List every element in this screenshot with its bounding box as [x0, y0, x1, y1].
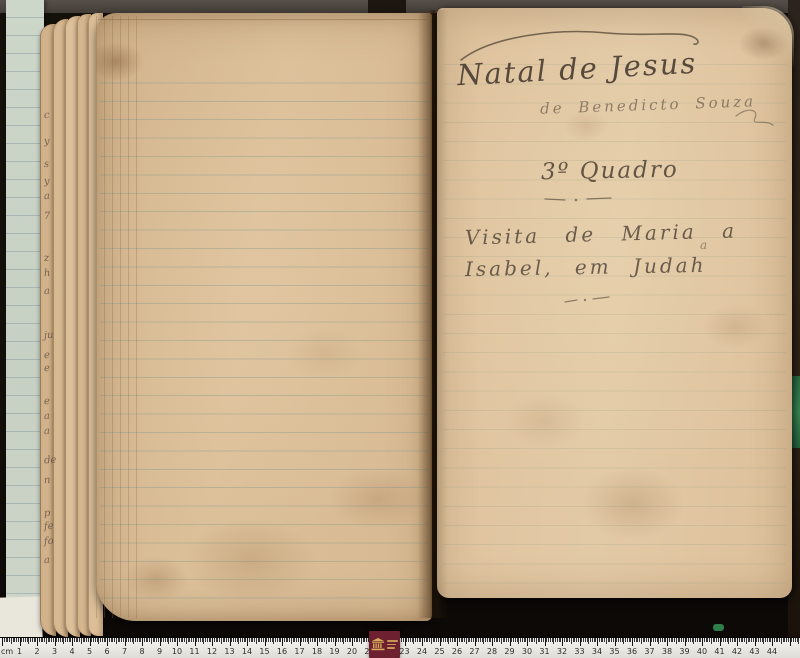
edge-writing-fragment: ju [44, 330, 54, 342]
logo-text-lines [387, 640, 398, 649]
edge-writing-fragment: a [44, 191, 51, 202]
edge-writing-fragment: s [44, 159, 50, 170]
book-gutter-shadow [418, 10, 448, 618]
ruler-number: 23 [399, 647, 409, 656]
ruler-number: 12 [207, 647, 217, 656]
ruler-number: 18 [312, 647, 322, 656]
ruler-number: 9 [157, 647, 162, 656]
ruler-number: 24 [417, 647, 427, 656]
edge-writing-fragment: p [44, 508, 51, 519]
ruler-number: 10 [172, 647, 182, 656]
edge-writing-fragment: a [44, 426, 51, 437]
ruler-number: 27 [469, 647, 479, 656]
edge-writing-fragment: y [44, 136, 50, 147]
ruler-number: 14 [242, 647, 252, 656]
left-page [96, 13, 432, 621]
ruler-number: 35 [609, 647, 619, 656]
green-backing-dot [713, 624, 724, 631]
edge-writing-fragment: a [44, 286, 51, 297]
ruler-unit-label: cm [1, 647, 13, 656]
edge-writing-fragment: fo [44, 536, 54, 548]
archive-logo [369, 631, 400, 658]
ruler-number: 16 [277, 647, 287, 656]
ruler-number: 3 [52, 647, 57, 656]
edge-writing-fragment: de [44, 455, 57, 467]
ruler-number: 36 [627, 647, 637, 656]
edge-writing-fragment: a [44, 411, 51, 422]
manuscript-scan: cysya7zhajueeeaadenpfefoa Natal de Jesus… [0, 0, 800, 658]
ruler-number: 17 [294, 647, 304, 656]
ruler-number: 32 [557, 647, 567, 656]
ruler-number: 11 [189, 647, 199, 656]
institution-building-icon [371, 638, 385, 651]
edge-writing-fragment: y [44, 176, 50, 187]
ruler-number: 13 [224, 647, 234, 656]
ruler-number: 28 [487, 647, 497, 656]
ruler-number: 31 [539, 647, 549, 656]
ruler-number: 37 [644, 647, 654, 656]
edge-writing-fragment: c [44, 110, 50, 121]
ruler-number: 20 [347, 647, 357, 656]
edge-writing-fragment: n [44, 475, 51, 486]
measurement-ruler: cm12345678910111213141516171819202122232… [0, 637, 800, 658]
ruler-number: 26 [452, 647, 462, 656]
ruler-number: 5 [87, 647, 92, 656]
handwritten-scene-heading: 3º Quadro [541, 157, 679, 185]
edge-writing-fragment: e [44, 350, 51, 361]
ruler-number: 34 [592, 647, 602, 656]
page-crease [98, 19, 426, 20]
ruler-number: 43 [749, 647, 759, 656]
edge-writing-fragment: e [44, 363, 51, 374]
page-gap-shadow [368, 0, 406, 13]
edge-writing-fragment: z [44, 253, 50, 264]
ruler-number: 15 [259, 647, 269, 656]
page-edge-lines [96, 16, 138, 618]
ruler-number: 39 [679, 647, 689, 656]
ruler-number: 30 [522, 647, 532, 656]
ruler-number: 6 [104, 647, 109, 656]
ruler-number: 4 [69, 647, 74, 656]
ruler-tick [798, 638, 799, 644]
edge-writing-fragment: e [44, 396, 51, 407]
ruler-number: 8 [139, 647, 144, 656]
handwritten-scene-line: Isabel, em Judah [465, 253, 707, 281]
ruler-number: 29 [504, 647, 514, 656]
ruler-number: 7 [122, 647, 127, 656]
ruler-number: 25 [434, 647, 444, 656]
right-page: Natal de Jesus de Benedicto Souza 3º Qua… [437, 8, 792, 598]
ruler-number: 40 [697, 647, 707, 656]
stray-pencil-mark: a [700, 238, 707, 252]
edge-writing-fragment: h [44, 268, 51, 279]
ruler-number: 1 [17, 647, 22, 656]
left-page-edge-fragments: cysya7zhajueeeaadenpfefoa [0, 0, 70, 658]
ruler-number: 38 [662, 647, 672, 656]
ruler-number: 41 [714, 647, 724, 656]
ruler-number: 2 [34, 647, 39, 656]
ruler-number: 19 [329, 647, 339, 656]
edge-writing-fragment: a [44, 555, 51, 566]
edge-writing-fragment: fe [44, 521, 54, 533]
ruled-lines [100, 65, 428, 611]
ruler-number: 44 [767, 647, 777, 656]
ruler-number: 33 [574, 647, 584, 656]
ruler-number: 42 [732, 647, 742, 656]
edge-writing-fragment: 7 [44, 211, 51, 222]
